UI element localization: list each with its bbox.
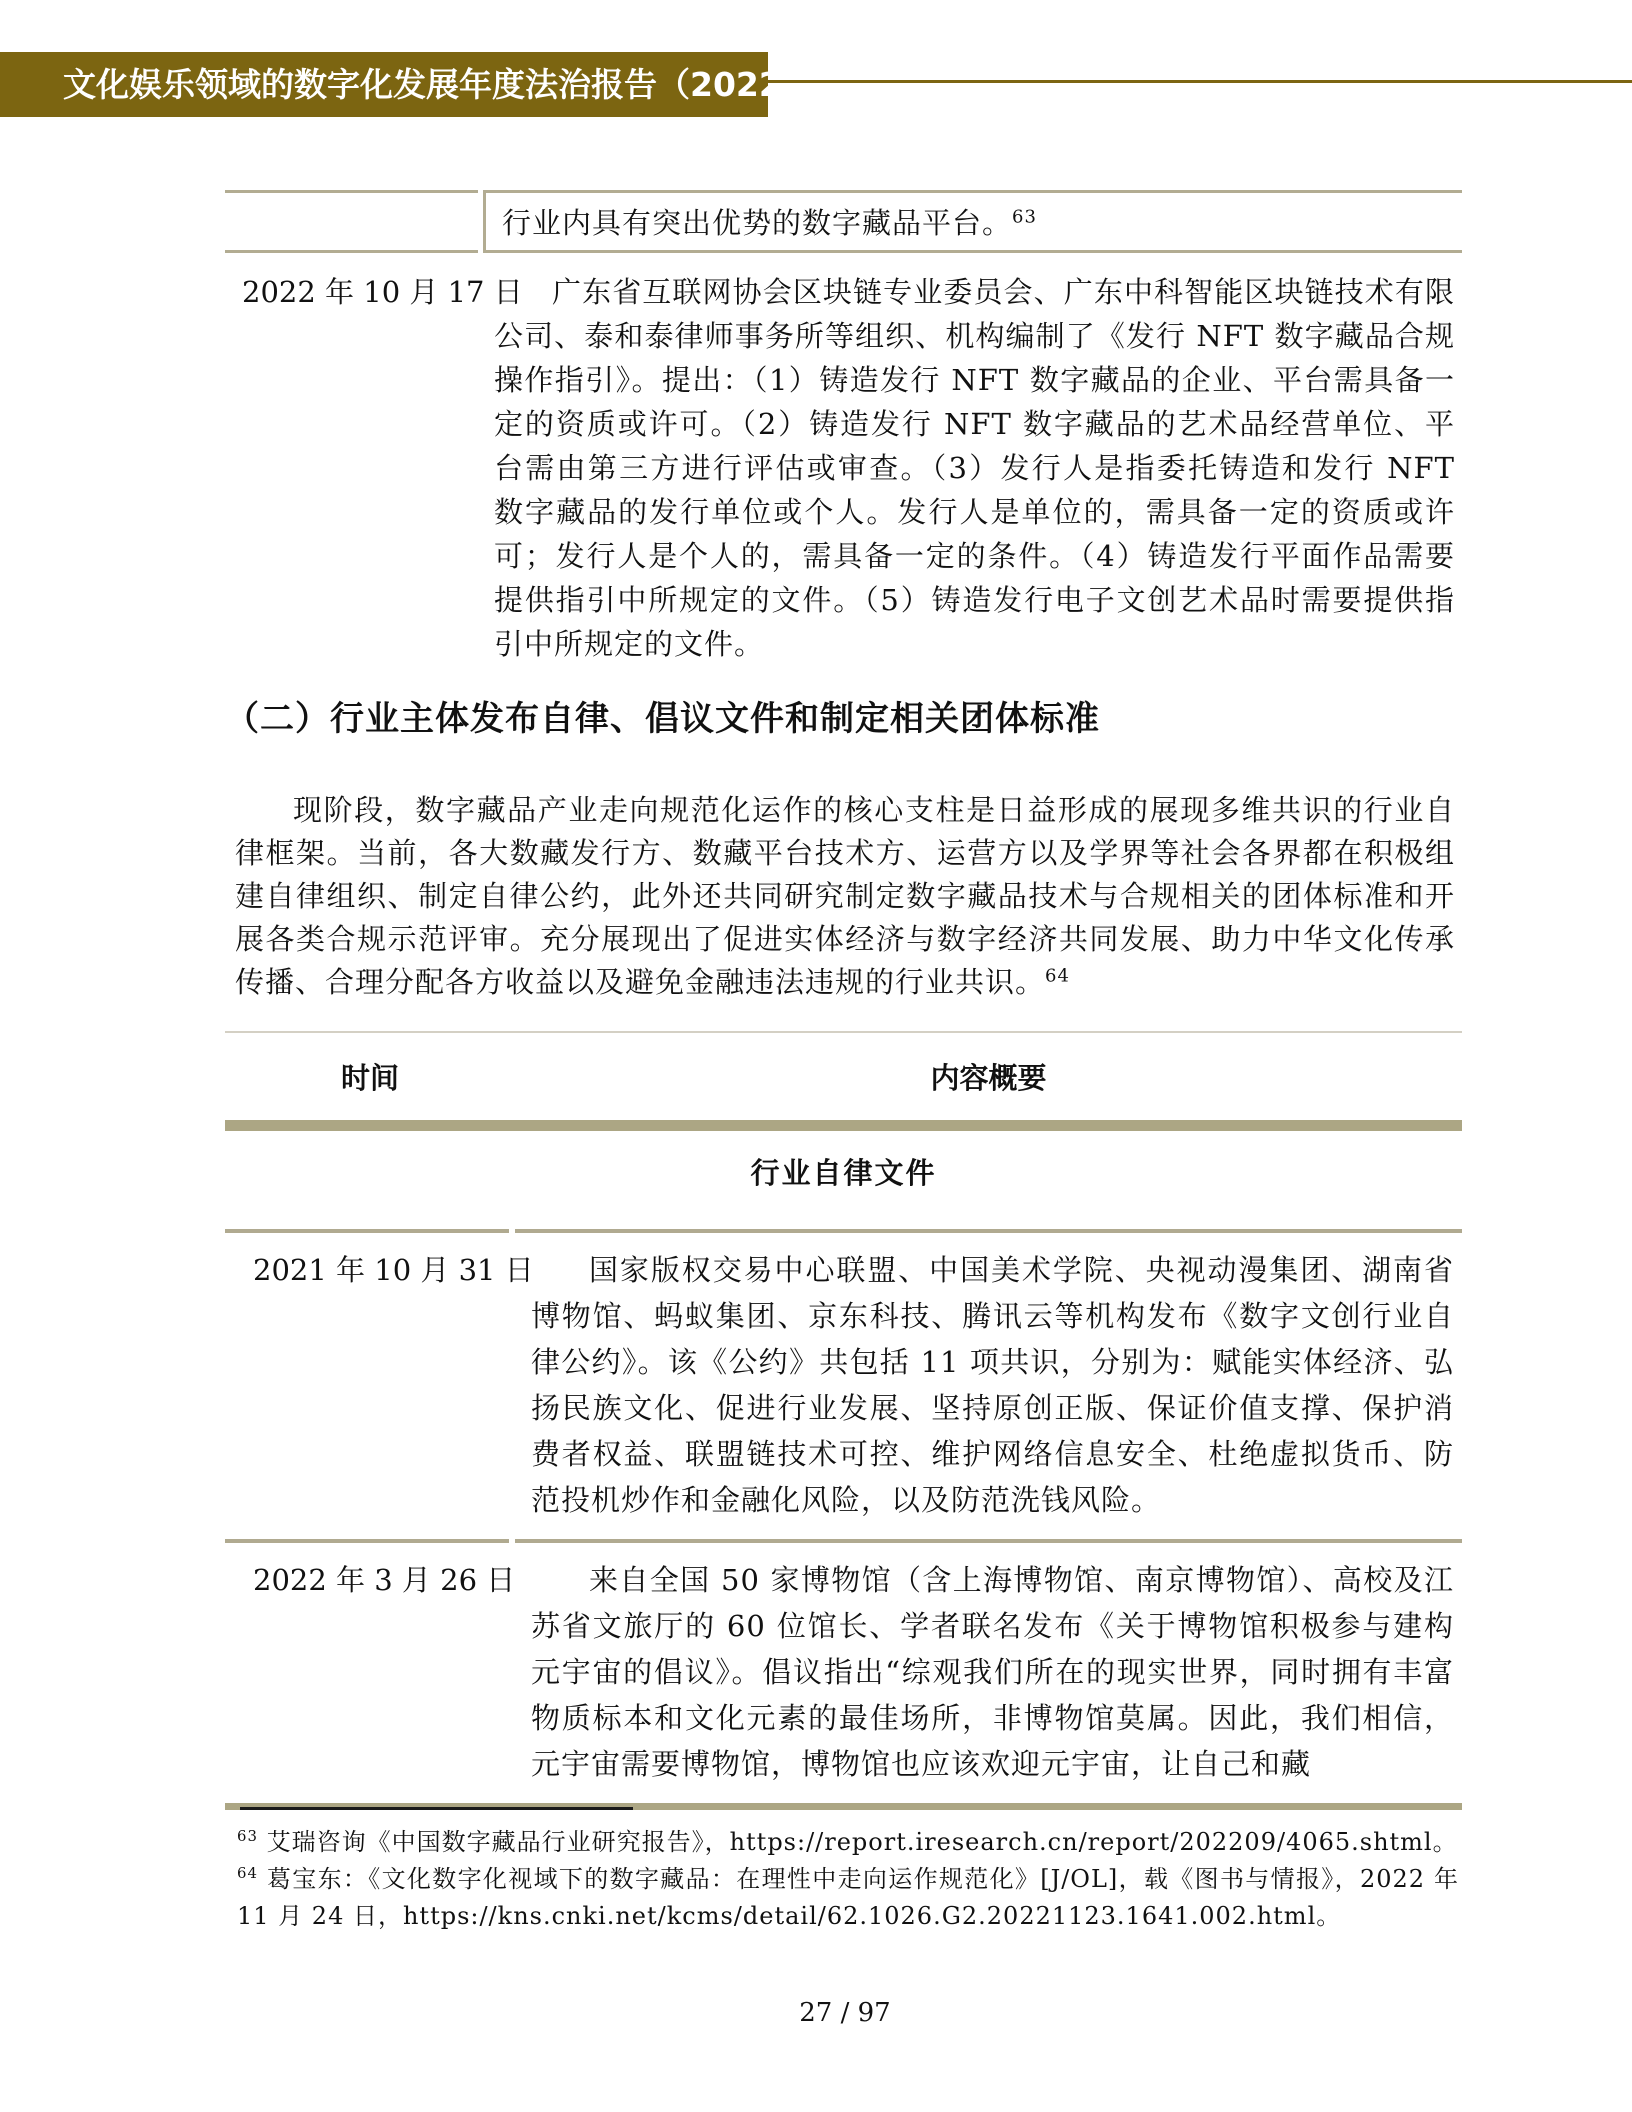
table-row: 2022 年 10 月 17 日 广东省互联网协会区块链专业委员会、广东中科智能… (225, 253, 1462, 666)
table-row: 2021 年 10 月 31 日 国家版权交易中心联盟、中国美术学院、央视动漫集… (225, 1229, 1462, 1539)
carryover-text: 行业内具有突出优势的数字藏品平台。 (502, 206, 1012, 240)
report-title: 文化娱乐领域的数字化发展年度法治报告（2022） (63, 65, 815, 104)
banner-rule (768, 80, 1632, 83)
footnote-64: 64 葛宝东：《文化数字化视域下的数字藏品：在理性中走向运作规范化》[J/OL]… (237, 1861, 1459, 1935)
content-cell: 来自全国 50 家博物馆（含上海博物馆、南京博物馆）、高校及江苏省文旅厅的 60… (515, 1539, 1462, 1803)
column-header-summary: 内容概要 (515, 1056, 1462, 1097)
header-separator-bar (225, 1120, 1462, 1131)
footnote-separator-rule (240, 1807, 633, 1810)
date-cell: 2022 年 3 月 26 日 (225, 1539, 509, 1803)
intro-paragraph: 现阶段，数字藏品产业走向规范化运作的核心支柱是日益形成的展现多维共识的行业自律框… (235, 789, 1455, 1004)
group-title-row: 行业自律文件 (225, 1131, 1462, 1229)
table-row: 行业内具有突出优势的数字藏品平台。63 (225, 190, 1462, 253)
document-page: 文化娱乐领域的数字化发展年度法治报告（2022） 行业内具有突出优势的数字藏品平… (0, 0, 1632, 2112)
table-row: 2022 年 3 月 26 日 来自全国 50 家博物馆（含上海博物馆、南京博物… (225, 1539, 1462, 1803)
report-title-banner: 文化娱乐领域的数字化发展年度法治报告（2022） (0, 52, 768, 117)
footnote-ref-64: 64 (1045, 965, 1070, 986)
page-number: 27 / 97 (235, 1998, 1455, 2028)
column-header-time: 时间 (225, 1056, 515, 1097)
footnote-63-text: 艾瑞咨询《中国数字藏品行业研究报告》，https://report.iresea… (267, 1828, 1458, 1856)
footnotes: 63 艾瑞咨询《中国数字藏品行业研究报告》，https://report.ire… (237, 1824, 1459, 1935)
footnote-64-text: 葛宝东：《文化数字化视域下的数字藏品：在理性中走向运作规范化》[J/OL]，载《… (237, 1865, 1459, 1930)
section-heading: （二）行业主体发布自律、倡议文件和制定相关团体标准 (225, 697, 1462, 741)
intro-text: 现阶段，数字藏品产业走向规范化运作的核心支柱是日益形成的展现多维共识的行业自律框… (235, 793, 1455, 999)
table-header-row: 时间 内容概要 (225, 1033, 1462, 1120)
footnote-63: 63 艾瑞咨询《中国数字藏品行业研究报告》，https://report.ire… (237, 1824, 1459, 1861)
footnote-ref-63: 63 (1012, 206, 1037, 227)
date-cell: 2021 年 10 月 31 日 (225, 1229, 509, 1539)
carryover-cell: 行业内具有突出优势的数字藏品平台。63 (483, 190, 1462, 253)
self-regulation-table: 时间 内容概要 行业自律文件 2021 年 10 月 31 日 国家版权交易中心… (225, 1031, 1462, 1810)
date-cell: 2022 年 10 月 17 日 (225, 253, 478, 666)
date-cell-empty (225, 190, 478, 253)
content-cell: 国家版权交易中心联盟、中国美术学院、央视动漫集团、湖南省博物馆、蚂蚁集团、京东科… (515, 1229, 1462, 1539)
footnote-63-marker: 63 (237, 1827, 258, 1845)
footnote-64-marker: 64 (237, 1864, 258, 1882)
nft-guideline-table-continued: 行业内具有突出优势的数字藏品平台。63 2022 年 10 月 17 日 广东省… (225, 190, 1462, 666)
content-cell: 广东省互联网协会区块链专业委员会、广东中科智能区块链技术有限公司、泰和泰律师事务… (478, 253, 1462, 666)
